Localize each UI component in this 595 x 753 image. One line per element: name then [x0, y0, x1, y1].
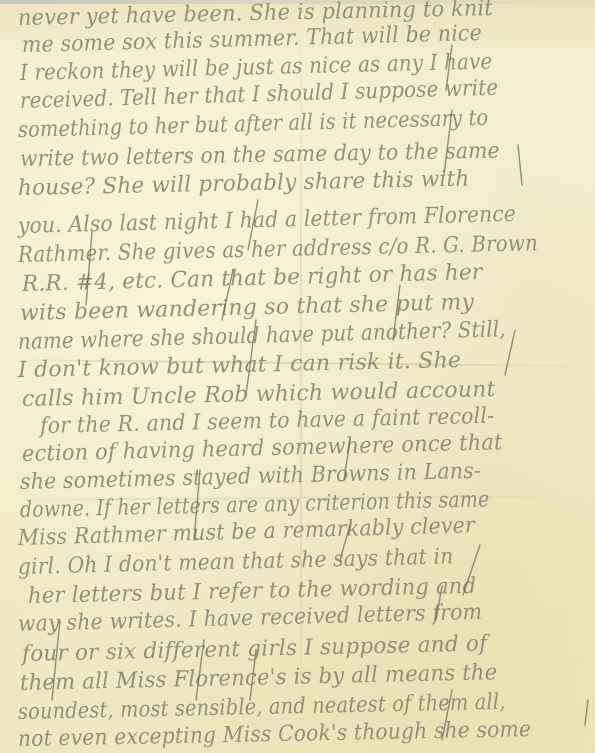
handwritten-line: house? She will probably share this with: [18, 167, 470, 201]
letter-page: never yet have been. She is planning to …: [0, 0, 595, 753]
handwritten-line: girl. Oh I don't mean that she says that…: [18, 544, 454, 580]
